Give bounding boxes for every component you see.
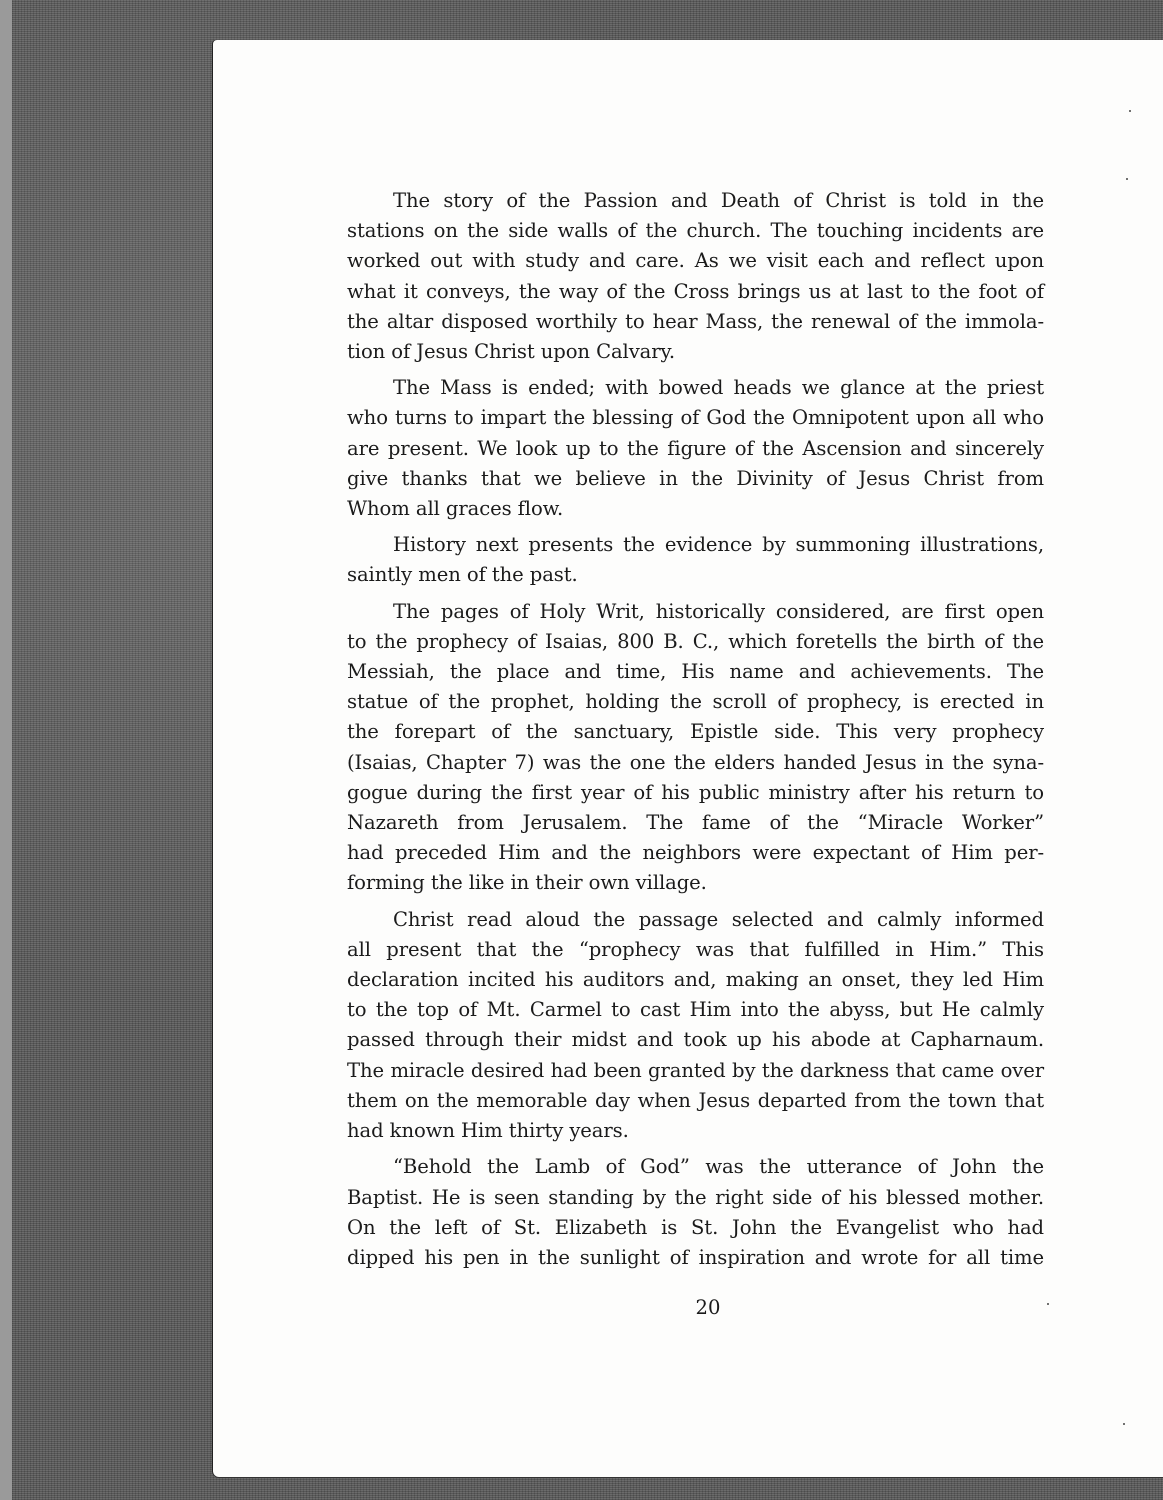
text-line: “Behold the Lamb of God” was the utteran…: [347, 1152, 1044, 1182]
text-line: The miracle desired had been granted by …: [347, 1056, 1044, 1086]
paper-speck: [1126, 178, 1128, 180]
body-text: The story of the Passion and Death of Ch…: [347, 186, 1044, 1279]
paragraph-lamb-of-god: “Behold the Lamb of God” was the utteran…: [347, 1152, 1044, 1273]
scan-edge: [0, 0, 12, 1500]
text-line: Messiah, the place and time, His name an…: [347, 657, 1044, 687]
text-line: forming the like in their own village.: [347, 868, 1044, 898]
page-number-text: 20: [688, 1296, 728, 1319]
text-line: The pages of Holy Writ, historically con…: [347, 597, 1044, 627]
paper-speck: [1129, 110, 1131, 112]
text-line: who turns to impart the blessing of God …: [347, 403, 1044, 433]
paragraph-stations: The story of the Passion and Death of Ch…: [347, 186, 1044, 367]
text-line: dipped his pen in the sunlight of inspir…: [347, 1243, 1044, 1273]
text-line: had preceded Him and the neighbors were …: [347, 838, 1044, 868]
text-line: On the left of St. Elizabeth is St. John…: [347, 1213, 1044, 1243]
paragraph-history: History next presents the evidence by su…: [347, 530, 1044, 590]
text-line: declaration incited his auditors and, ma…: [347, 965, 1044, 995]
paper-speck: [1123, 1423, 1125, 1425]
text-line: tion of Jesus Christ upon Calvary.: [347, 337, 1044, 367]
text-line: the altar disposed worthily to hear Mass…: [347, 307, 1044, 337]
text-line: what it conveys, the way of the Cross br…: [347, 277, 1044, 307]
text-line: passed through their midst and took up h…: [347, 1025, 1044, 1055]
text-line: worked out with study and care. As we vi…: [347, 246, 1044, 276]
text-line: give thanks that we believe in the Divin…: [347, 464, 1044, 494]
document-page: The story of the Passion and Death of Ch…: [213, 40, 1163, 1477]
text-line: the forepart of the sanctuary, Epistle s…: [347, 717, 1044, 747]
text-line: gogue during the first year of his publi…: [347, 778, 1044, 808]
text-line: saintly men of the past.: [347, 560, 1044, 590]
paragraph-christ-read: Christ read aloud the passage selected a…: [347, 905, 1044, 1147]
text-line: Whom all graces flow.: [347, 494, 1044, 524]
text-line: statue of the prophet, holding the scrol…: [347, 687, 1044, 717]
text-line: had known Him thirty years.: [347, 1116, 1044, 1146]
text-line: The Mass is ended; with bowed heads we g…: [347, 373, 1044, 403]
text-line: to the top of Mt. Carmel to cast Him int…: [347, 995, 1044, 1025]
text-line: are present. We look up to the figure of…: [347, 434, 1044, 464]
text-line: The story of the Passion and Death of Ch…: [347, 186, 1044, 216]
text-line: to the prophecy of Isaias, 800 B. C., wh…: [347, 627, 1044, 657]
text-line: History next presents the evidence by su…: [347, 530, 1044, 560]
text-line: Christ read aloud the passage selected a…: [347, 905, 1044, 935]
text-line: Baptist. He is seen standing by the righ…: [347, 1183, 1044, 1213]
text-line: Nazareth from Jerusalem. The fame of the…: [347, 808, 1044, 838]
text-line: stations on the side walls of the church…: [347, 216, 1044, 246]
paragraph-mass-ended: The Mass is ended; with bowed heads we g…: [347, 373, 1044, 524]
text-line: all present that the “prophecy was that …: [347, 935, 1044, 965]
paper-speck: [1047, 1303, 1049, 1305]
text-line: (Isaias, Chapter 7) was the one the elde…: [347, 748, 1044, 778]
paragraph-holy-writ: The pages of Holy Writ, historically con…: [347, 597, 1044, 899]
text-line: them on the memorable day when Jesus dep…: [347, 1086, 1044, 1116]
